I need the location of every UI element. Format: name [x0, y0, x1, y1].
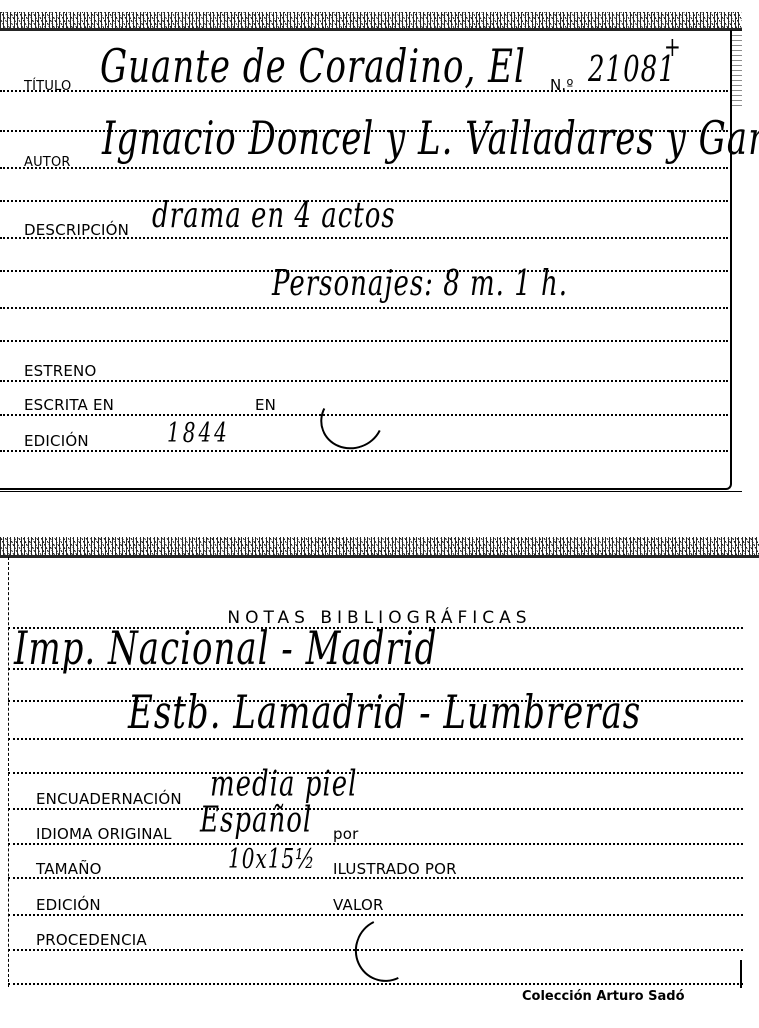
edicion-bottom-label: EDICIÓN — [36, 898, 101, 913]
en-label: EN — [255, 398, 276, 413]
rule-edicion — [0, 450, 728, 452]
rule-edicion-bottom — [8, 914, 743, 916]
tamano-label: TAMAÑO — [36, 862, 102, 877]
descripcion-value: drama en 4 actos — [152, 199, 396, 234]
idioma-value: Español — [200, 803, 312, 838]
rule-blank-5 — [8, 772, 743, 774]
ilustrado-por-label: ILUSTRADO POR — [333, 862, 457, 877]
rule-idioma — [8, 843, 743, 845]
edge-mark — [740, 960, 742, 988]
personajes-value: Personajes: 8 m. 1 h. — [272, 267, 568, 302]
idioma-label: IDIOMA ORIGINAL — [36, 827, 172, 842]
card-bottom-edge-texture — [0, 537, 759, 555]
estreno-label: ESTRENO — [24, 364, 97, 379]
titulo-label: TÍTULO — [24, 80, 71, 93]
rule-autor — [0, 167, 728, 169]
rule-blank-4 — [0, 340, 728, 342]
rule-estreno — [0, 380, 728, 382]
rule-encuadernacion — [8, 808, 743, 810]
numero-label: N.º — [550, 78, 574, 93]
collection-footer: Colección Arturo Sadó — [522, 989, 685, 1004]
card-top-edge-texture — [0, 12, 742, 28]
note-line-2: Estb. Lamadrid - Lumbreras — [128, 690, 641, 736]
card-separator — [0, 491, 742, 492]
escrita-en-label: ESCRITA EN — [24, 398, 114, 413]
tamano-value: 10x15½ — [228, 845, 316, 872]
autor-value: Ignacio Doncel y L. Valladares y Garriga — [102, 116, 759, 162]
encuadernacion-value: media piel — [210, 767, 357, 802]
numero-value: 21081 — [588, 53, 676, 88]
procedencia-label: PROCEDENCIA — [36, 933, 147, 948]
por-label: por — [333, 827, 358, 842]
note-line-1: Imp. Nacional - Madrid — [14, 626, 437, 672]
valor-label: VALOR — [333, 898, 384, 913]
autor-label: AUTOR — [24, 156, 71, 169]
edicion-label: EDICIÓN — [24, 434, 89, 449]
rule-blank-6 — [8, 983, 743, 985]
descripcion-label: DESCRIPCIÓN — [24, 223, 129, 238]
numero-mark: + — [664, 33, 682, 60]
rule-personajes — [0, 307, 728, 309]
encuadernacion-label: ENCUADERNACIÓN — [36, 792, 182, 807]
titulo-value: Guante de Coradino, El — [100, 44, 526, 90]
card-edge-speckle — [730, 30, 742, 110]
edicion-value: 1844 — [167, 419, 230, 446]
